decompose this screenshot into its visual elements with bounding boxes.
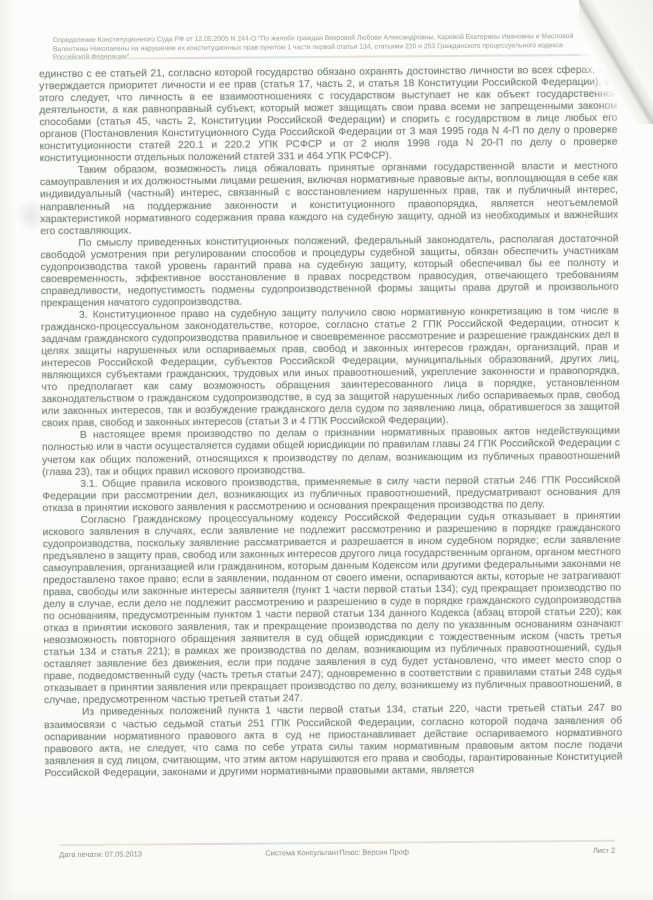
system-name-label: Система КонсультантПлюс: Версия Проф <box>59 846 615 859</box>
footer-separator-line <box>59 840 615 846</box>
paragraph-continuation: единство с ее статьей 21, согласно котор… <box>39 65 618 166</box>
paragraph-section-3: 3. Конституционное право на судебную защ… <box>41 306 620 431</box>
sheet-number-label: Лист 2 <box>593 846 615 855</box>
paragraph: В настоящее время производство по делам … <box>42 426 620 479</box>
page-corner-fold <box>579 0 653 124</box>
paragraph-section-3-1: 3.1. Общие правила искового производства… <box>42 474 620 515</box>
document-body: единство с ее статьей 21, согласно котор… <box>39 65 623 780</box>
paragraph: По смыслу приведенных конституционных по… <box>40 233 619 310</box>
paragraph: Таким образом, возможность лица обжалова… <box>40 161 619 238</box>
paragraph: Из приведенных положений пункта 1 части … <box>44 703 623 780</box>
paragraph: Согласно Гражданскому процессуальному ко… <box>43 510 622 707</box>
page-content: Определение Конституционного Суда РФ от … <box>0 0 653 900</box>
scanned-page: Определение Конституционного Суда РФ от … <box>0 0 653 900</box>
document-footer: Дата печати: 07.05.2013 Система Консульт… <box>59 846 615 850</box>
